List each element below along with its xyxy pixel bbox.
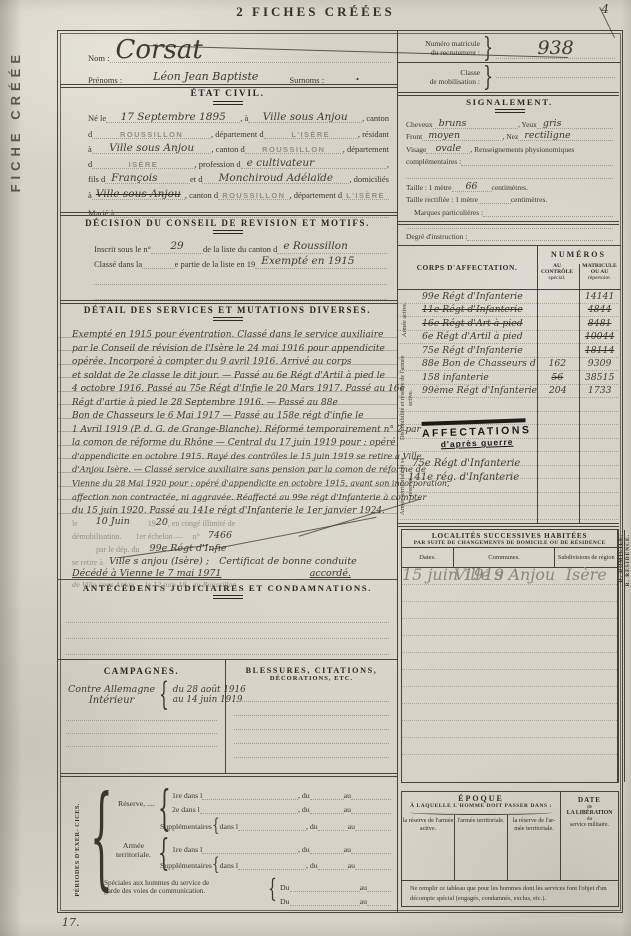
corps-title: CORPS D'AFFECTATION. (417, 263, 518, 272)
print-label: Nom : (88, 53, 110, 63)
prenoms-value: Léon Jean Baptiste (153, 70, 258, 83)
localites-row-empty (402, 602, 617, 619)
demob-line: par le dép. du 99e Régt d'Infie (58, 541, 397, 554)
corps-body: Armée active. Disponibilité et réserve d… (398, 290, 621, 523)
print-label: Supplémentaires (160, 861, 212, 870)
stamp-value: ISÈRE (129, 160, 159, 169)
signalement-line: Visage ovale , Renseignements physionomi… (398, 141, 621, 154)
left-column: Nom : Corsat Prénoms : Léon Jean Baptist… (58, 31, 397, 912)
blank-ruled-line (226, 688, 397, 702)
epoque-col-2: l'armée territoriale. (455, 815, 508, 880)
blank-ruled-line (226, 716, 397, 730)
periode-row: Supplémentaires { dans l , du au (160, 857, 391, 870)
classe-mobilisation-line: Classe de mobilisation : } (398, 63, 621, 91)
campagnes-box: CAMPAGNES. Contre Allemagne Intérieur { … (58, 660, 226, 773)
stamp-value: ROUSSILLON (262, 145, 325, 154)
print-label: , domiciliés (349, 174, 389, 184)
campagnes-blessures-section: CAMPAGNES. Contre Allemagne Intérieur { … (58, 659, 397, 773)
print-label: et d (190, 174, 203, 184)
localites-row-empty (402, 704, 617, 721)
print-label: Spéciales aux hommes du service de (104, 879, 209, 887)
numeros-header: NUMÉROS (536, 246, 621, 263)
hw-value: Décédé à Vienne le 7 mai 1971 (72, 568, 221, 579)
corps-row: 99ème Régt d'Infanterie2041733 (398, 385, 621, 399)
blank-ruled-line (58, 607, 397, 623)
print-label: , (387, 159, 389, 169)
services-title: DÉTAIL DES SERVICES ET MUTATIONS DIVERSE… (58, 305, 397, 321)
brace-glyph: { (212, 855, 220, 873)
print-label: fils d (88, 174, 105, 184)
corps-name: 158 infanterie (398, 372, 536, 384)
print-label: Numéro matricule (404, 39, 480, 48)
print-label: Classé dans la (94, 259, 142, 269)
corps-mat: 4844 (578, 304, 621, 316)
hw-value: bruns (439, 118, 467, 129)
group-label-disponibilite: Disponibilité et réserve de l'armée acti… (399, 352, 412, 444)
corps-row: 16e Régt d'Art à pied8481 (398, 317, 621, 331)
services-line: affection non contractée, ni aggravée. R… (58, 487, 397, 501)
hw-value-faint: 15 juin 1919 (402, 565, 454, 584)
corps-mat: 10044 (578, 331, 621, 343)
form-frame: Nom : Corsat Prénoms : Léon Jean Baptist… (57, 30, 623, 913)
brace-glyph: } (483, 63, 493, 90)
hw-value: e Roussillon (283, 240, 347, 252)
services-line: 1 Avril 1919 (P. d. G. de Grange-Blanche… (58, 419, 397, 433)
residence-strip: R. RÉSIDENCE. (624, 530, 631, 782)
services-line: et soldat de 2e classe le dit jour. — Pa… (58, 365, 397, 379)
hw-value: Exempté en 1915 (261, 255, 354, 267)
brace-glyph: } (483, 34, 493, 61)
brace-glyph: { (159, 679, 169, 711)
print-label: , du (298, 791, 310, 800)
print-label: DATE (561, 796, 618, 804)
signalement-line: Taille rectifiée : 1 mètre centimètres. (398, 192, 621, 205)
print-label: garde des voies de communication. (104, 887, 209, 895)
blank-ruled-line (58, 706, 225, 721)
print-label: au (344, 791, 351, 800)
print-label: Du (280, 883, 290, 892)
stamp-value: ROUSSILLON (120, 130, 183, 139)
localites-main: LOCALITÉS SUCCESSIVES HABITÉES PAR SUITE… (402, 530, 617, 782)
periode-row: Du au (280, 893, 391, 906)
section-divider (398, 92, 619, 96)
etat-civil-line: Né le 17 Septembre 1895 , à Ville sous A… (58, 108, 397, 123)
hw-value: 66 (465, 181, 477, 192)
print-label: Front (406, 132, 422, 141)
hw-value: ovale (436, 143, 461, 154)
corps-row: 11e Régt d'Infanterie4844 (398, 304, 621, 318)
print-label: au (360, 883, 367, 892)
print-label: au (344, 845, 351, 854)
speciales-label: Spéciales aux hommes du service de garde… (104, 879, 209, 895)
print-label: , Renseignements physionomiques (470, 145, 574, 154)
etat-civil-line: fils d François et d Monchiroud Adélaïde… (58, 169, 397, 184)
print-label: service militaire. (561, 822, 618, 828)
localites-row-empty (402, 687, 617, 704)
territoriale-label: Armée territoriale. (116, 841, 151, 859)
services-line: opérée. Incorporé à compter du 9 avril 1… (58, 351, 397, 365)
hw-value: Certificat de bonne conduite (219, 556, 357, 567)
print-label: territoriale. (116, 850, 151, 859)
print-label: spécial. (536, 275, 578, 281)
periode-row: 2e dans l , du au (172, 801, 391, 814)
etat-civil-title: ÉTAT CIVIL. (58, 89, 397, 105)
localites-table: LOCALITÉS SUCCESSIVES HABITÉES PAR SUITE… (401, 529, 619, 783)
identity-section: Nom : Corsat Prénoms : Léon Jean Baptist… (58, 33, 397, 85)
corps-ctrl: 162 (536, 358, 578, 370)
corps-ctrl: 56 (536, 372, 578, 384)
blank-ruled-line (58, 734, 225, 747)
corps-row: 75e Régt d'Infanterie18114 (398, 344, 621, 358)
numero-matricule-line: Numéro matricule du recrutement : } 938 (398, 33, 621, 63)
services-line: d'appendicite en octobre 1915. Rayé des … (58, 446, 397, 460)
print-label-faint: , en congé illimité de (168, 519, 235, 528)
services-line: Bon de Chasseurs le 6 Mai 1917 — Passé a… (58, 405, 397, 419)
periode-row: Supplémentaires { dans l , du au (160, 818, 391, 831)
vertical-label: R. RÉSIDENCE. (625, 534, 631, 586)
print-label: centimètres. (511, 195, 547, 204)
etat-civil-section: ÉTAT CIVIL. Né le 17 Septembre 1895 , à … (58, 89, 397, 218)
epoque-title: ÉPOQUE (402, 794, 560, 803)
epoque-table: ÉPOQUE À LAQUELLE L'HOMME DOIT PASSER DA… (401, 791, 619, 907)
print-label: , canton (362, 113, 389, 123)
localites-row-empty (402, 721, 617, 738)
stamp-value: ROUSSILLON (222, 191, 285, 200)
print-label-faint: se retire à (72, 558, 103, 567)
print-label: centimètres. (492, 183, 528, 192)
matricule-col-header: MATRICULE OU AU répertoire. (578, 263, 621, 281)
services-section: DÉTAIL DES SERVICES ET MUTATIONS DIVERSE… (58, 305, 397, 514)
epoque-left: ÉPOQUE À LAQUELLE L'HOMME DOIT PASSER DA… (402, 792, 560, 880)
signalement-title: SIGNALEMENT. (398, 97, 621, 113)
corps-row: 158 infanterie5638515 (398, 371, 621, 385)
services-line: 4 octobre 1916. Passé au 75e Régt d'Infi… (58, 378, 397, 392)
decision-line: Inscrit sous le n° 29 de la liste du can… (58, 238, 397, 254)
periode-row: 1re dans l , du au (172, 841, 391, 854)
print-label: dans l (220, 861, 238, 870)
degre-instruction-line: Degré d'instruction : (398, 227, 621, 241)
corps-name: 6e Régt d'Artil à pied (398, 331, 536, 343)
signalement-line: complémentaires : (398, 154, 621, 167)
section-divider (60, 300, 397, 304)
antecedents-title: ANTÉCÉDENTS JUDICIAIRES ET CONDAMNATIONS… (58, 583, 397, 599)
affectations-stamp: AFFECTATIONS d'après guerre (422, 418, 532, 450)
print-label: au (348, 861, 355, 870)
surnoms-value: . (355, 65, 360, 84)
corps-mat: 14141 (578, 291, 621, 303)
print-label-faint: n° (193, 532, 200, 541)
corps-mat: 9309 (578, 358, 621, 370)
print-label: au (344, 805, 351, 814)
corps-row-empty (398, 398, 621, 412)
hw-value: 10 Juin (96, 516, 130, 527)
hw-value: François (111, 172, 157, 184)
print-label: Armée (116, 841, 151, 850)
etat-civil-line: à Ville sous Anjou , canton d ROUSSILLON… (58, 184, 397, 199)
blank-ruled-line (398, 166, 621, 179)
corps-name: 99e Régt d'Infanterie (398, 291, 536, 303)
epoque-col-3: la réserve de l'ar- mée territoriale. (508, 815, 560, 880)
vertical-label: D. DOMICILE. (618, 534, 624, 582)
print-label: e partie de la liste en 19 (175, 259, 256, 269)
hw-value: Contre Allemagne (68, 684, 155, 695)
right-column: Numéro matricule du recrutement : } 938 … (397, 31, 621, 912)
group-label-armee-active: Armée active. (401, 294, 409, 346)
print-label: Taille rectifiée : 1 mètre (406, 195, 478, 204)
corps-ctrl: 204 (537, 385, 579, 397)
localites-subtitle: PAR SUITE DE CHANGEMENTS DE DOMICILE OU … (402, 540, 617, 546)
apres-guerre-entry: 75e Régt d'Infanterie (412, 458, 520, 469)
print-label-faint: 19 (148, 519, 156, 528)
print-label: , profession d (195, 159, 241, 169)
print-label: dans l (220, 822, 238, 831)
section-divider (398, 221, 619, 225)
stamp-value: L'ISÈRE (346, 191, 385, 200)
blank-ruled-line (58, 721, 225, 734)
fiches-creees-top-stamp: 2 FICHES CRÉÉES (0, 4, 631, 20)
demob-line: démobilisation. 1er échelon — n° 7466 (58, 528, 397, 541)
epoque-note: Ne remplir ce tableau que pour les homme… (402, 880, 618, 906)
decision-section: DÉCISION DU CONSEIL DE REVISION ET MOTIF… (58, 218, 397, 300)
print-label: Du (280, 897, 290, 906)
bottom-page-mark: 17. (62, 916, 80, 929)
corps-name: 99ème Régt d'Infanterie (398, 385, 537, 397)
corps-mat: 38515 (578, 372, 621, 384)
blank-ruled-line (226, 702, 397, 716)
hw-value: rectiligne (524, 130, 570, 141)
corps-header: CORPS D'AFFECTATION. NUMÉROS AU CONTRÔLE… (398, 246, 621, 290)
blessures-title: BLESSURES, CITATIONS, (226, 666, 397, 675)
signalement-line: Cheveux bruns , Yeux gris (398, 116, 621, 129)
blank-ruled-line (226, 730, 397, 744)
hw-value-faint: Ville s Anjou (454, 565, 555, 584)
print-label: , du (306, 822, 318, 831)
fiche-matricule-scan: FICHE CRÉÉE 2 FICHES CRÉÉES 4 17. Nom : … (0, 0, 631, 936)
blessures-subtitle: DÉCORATIONS, ETC. (226, 675, 397, 682)
section-divider (60, 84, 397, 88)
hw-value: Intérieur (68, 695, 155, 706)
signalement-line: Taille : 1 mètre 66 centimètres. (398, 179, 621, 192)
periode-row: Du au (280, 879, 391, 892)
print-label: Inscrit sous le n° (94, 244, 151, 254)
corps-row: 6e Régt d'Artil à pied10044 (398, 331, 621, 345)
print-label: Visage (406, 145, 426, 154)
print-label: , département (343, 144, 389, 154)
etat-civil-line: d ISÈRE , profession d e cultivateur , (58, 154, 397, 169)
signalement-line: Front moyen , Nez rectiligne (398, 129, 621, 142)
localites-row-empty (402, 755, 617, 782)
etat-civil-line: à Ville sous Anjou , canton d ROUSSILLON… (58, 139, 397, 154)
brace-glyph: { (212, 816, 220, 834)
epoque-subtitle: À LAQUELLE L'HOMME DOIT PASSER DANS : (402, 803, 560, 809)
apres-guerre-entry: 141e rég. d'Infanterie (408, 472, 519, 483)
services-line: d'Anjou Isère. — Classé service auxiliai… (58, 459, 397, 473)
demob-line: se retire à Ville s anjou (Isère) ; Cert… (58, 554, 397, 567)
corps-row: 88e Bon de Chasseurs d1629309 (398, 358, 621, 372)
print-label: , canton d (211, 144, 244, 154)
corps-row-empty (398, 506, 621, 520)
print-label: Né le (88, 113, 106, 123)
print-label: , canton d (185, 190, 218, 200)
campagnes-entries: Contre Allemagne Intérieur { du 28 août … (58, 676, 225, 706)
corps-affectation-table: CORPS D'AFFECTATION. NUMÉROS AU CONTRÔLE… (398, 245, 621, 523)
print-label: de mobilisation : (404, 77, 480, 86)
localites-header: LOCALITÉS SUCCESSIVES HABITÉES PAR SUITE… (402, 530, 617, 548)
services-line: la comon de réforme du Rhône — Central d… (58, 432, 397, 446)
hw-value: e cultivateur (247, 157, 315, 169)
print-label: , à (240, 113, 248, 123)
corps-name: 88e Bon de Chasseurs d (398, 358, 536, 370)
print-label-faint: 1er échelon — (136, 532, 183, 541)
hw-value: 29 (170, 240, 183, 252)
localites-row-empty (402, 636, 617, 653)
print-label: , département d (211, 129, 264, 139)
services-line: Vienne du 28 Mai 1920 pour : opéré d'app… (58, 473, 397, 487)
epoque-date-col: DATE de LA LIBÉRATION du service militai… (560, 792, 618, 880)
print-label: , Nez (503, 132, 519, 141)
section-divider (398, 523, 619, 527)
reserve-label: Réserve, .... (118, 799, 155, 808)
print-label: Classe (404, 68, 480, 77)
campagnes-title: CAMPAGNES. (58, 666, 225, 676)
demobilisation-section: le 10 Juin 19 20 , en congé illimité de … (58, 515, 397, 589)
hw-value: Ville sous Anjou (263, 111, 348, 123)
localites-row-empty (402, 670, 617, 687)
matricule-section: Numéro matricule du recrutement : } 938 … (398, 33, 621, 91)
blank-ruled-line (58, 269, 397, 285)
epoque-upper: ÉPOQUE À LAQUELLE L'HOMME DOIT PASSER DA… (402, 792, 618, 880)
services-line: Exempté en 1915 pour éventration. Classé… (58, 324, 397, 338)
antecedents-section: ANTÉCÉDENTS JUDICIAIRES ET CONDAMNATIONS… (58, 583, 397, 655)
localites-row-empty (402, 619, 617, 636)
epoque-columns: la réserve de l'armée active. l'armée te… (402, 815, 560, 880)
print-label: Taille : 1 mètre (406, 183, 452, 192)
blank-ruled-line (58, 639, 397, 655)
corps-name: 16e Régt d'Art à pied (398, 318, 536, 330)
print-label: au (348, 822, 355, 831)
prenoms-line: Prénoms : Léon Jean Baptiste Surnoms : . (58, 63, 397, 85)
blessures-box: BLESSURES, CITATIONS, DÉCORATIONS, ETC. (226, 660, 397, 773)
localites-row-empty (402, 738, 617, 755)
hw-value: 20 (156, 517, 168, 528)
signalement-section: SIGNALEMENT. Cheveux bruns , Yeux gris F… (398, 97, 621, 229)
signalement-line: Marques particulières : (398, 204, 621, 217)
blank-ruled-line (58, 285, 397, 301)
corps-mat: 18114 (578, 345, 621, 357)
hw-value: 17 Septembre 1895 (121, 111, 226, 123)
hw-value: Monchiroud Adélaïde (219, 172, 333, 184)
print-label: , résidant (358, 129, 389, 139)
demob-line-struck: Décédé à Vienne le 7 mai 1971 accordé. (58, 567, 397, 580)
print-label: 1re dans l (172, 791, 202, 800)
hw-value-faint: Isère (555, 565, 617, 584)
print-label-faint: démobilisation. (72, 532, 122, 541)
corps-name: 75e Régt d'Infanterie (398, 345, 536, 357)
print-label: au (360, 897, 367, 906)
corps-mat: 8481 (578, 318, 621, 330)
hw-value: Ville sous Anjou (109, 142, 194, 154)
localites-title: LOCALITÉS SUCCESSIVES HABITÉES (402, 532, 617, 540)
nom-value: Corsat (116, 35, 203, 65)
classe-mobilisation-value (496, 77, 615, 78)
periodes-section: PÉRIODES D'EXER- CICES. { Réserve, .... … (58, 777, 397, 910)
etat-civil-line: d ROUSSILLON , département d L'ISÈRE , r… (58, 123, 397, 138)
localites-row-empty (402, 653, 617, 670)
controle-col-header: AU CONTRÔLE spécial. (536, 263, 578, 281)
hw-value: gris (543, 118, 562, 129)
epoque-header: ÉPOQUE À LAQUELLE L'HOMME DOIT PASSER DA… (402, 792, 560, 815)
localites-row: 15 juin 1919 Ville s Anjou Isère (402, 568, 617, 585)
print-label: 1re dans l (172, 845, 202, 854)
fiche-creee-side-stamp: FICHE CRÉÉE (8, 50, 23, 192)
print-label: Supplémentaires (160, 822, 212, 831)
print-label: répertoire. (578, 275, 621, 281)
section-divider (60, 212, 397, 216)
periodes-side-label: PÉRIODES D'EXER- CICES. (74, 803, 81, 897)
print-label: Cheveux (406, 120, 433, 129)
localites-row-empty (402, 585, 617, 602)
decision-line: Classé dans la e partie de la liste en 1… (58, 254, 397, 270)
brace-glyph: { (268, 877, 277, 902)
domicile-strip: D. DOMICILE. (617, 530, 624, 782)
print-label: complémentaires : (406, 157, 461, 166)
print-label: , du (298, 805, 310, 814)
corps-row: 99e Régt d'Infanterie14141 (398, 290, 621, 304)
print-label: Degré d'instruction : (406, 232, 467, 241)
corps-name: 11e Régt d'Infanterie (398, 304, 536, 316)
services-line: par le Conseil de révision de l'Isère le… (58, 338, 397, 352)
stamp-value: L'ISÈRE (291, 130, 330, 139)
print-label: , du (298, 845, 310, 854)
corps-mat: 1733 (579, 385, 622, 397)
print-label-faint: par le dép. du (96, 545, 140, 554)
group-label-territoriale: Armée territoriale et sa réserve. (399, 448, 412, 524)
decision-title: DÉCISION DU CONSEIL DE REVISION ET MOTIF… (58, 218, 397, 234)
epoque-col-1: la réserve de l'armée active. (402, 815, 455, 880)
hw-value: accordé. (310, 568, 351, 579)
print-label: , du (306, 861, 318, 870)
hw-value: moyen (428, 130, 460, 141)
hw-value: 7466 (208, 530, 232, 541)
print-label: , département d (290, 190, 343, 200)
corps-row-empty (398, 493, 621, 507)
blank-ruled-line (58, 623, 397, 639)
print-label: Marques particulières : (414, 208, 483, 217)
print-label: , Yeux (518, 120, 537, 129)
periode-row: 1re dans l , du au (172, 787, 391, 800)
hw-value: Ville sous Anjou (96, 188, 181, 200)
blank-ruled-line (226, 744, 397, 758)
print-label: 2e dans l (172, 805, 200, 814)
